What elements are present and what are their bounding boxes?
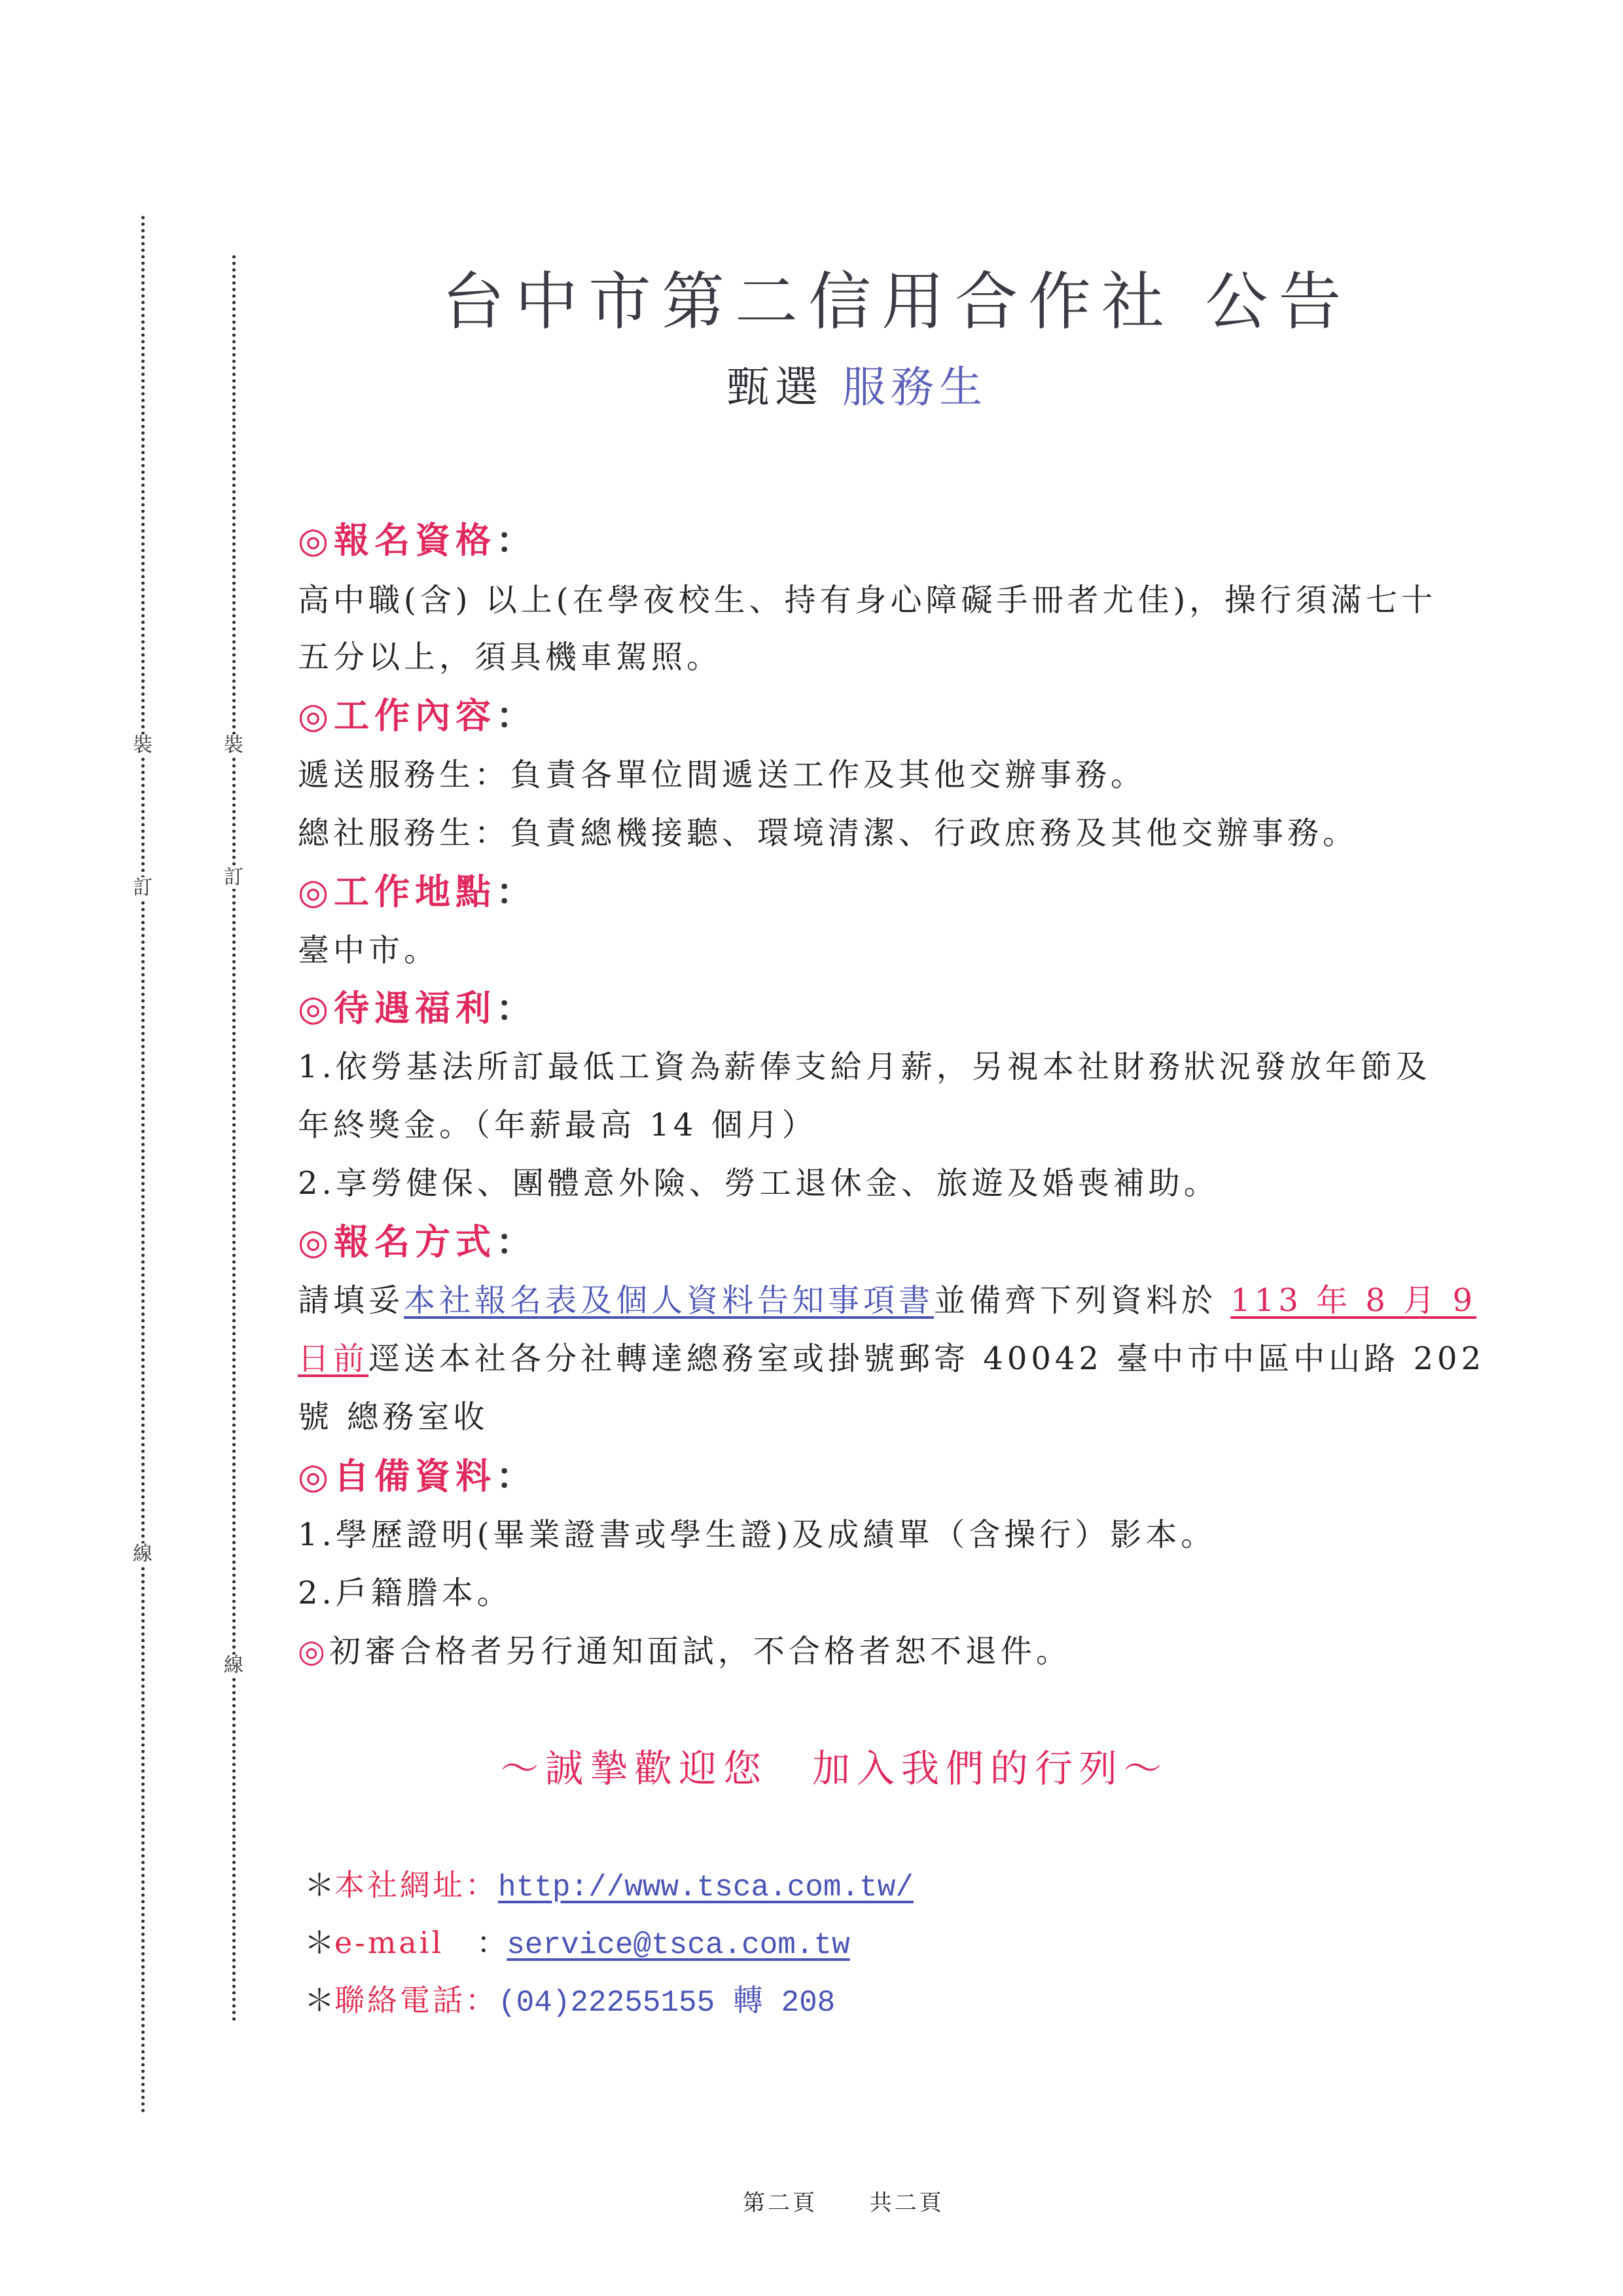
contact-label: e-mail: [334, 1925, 476, 1960]
benefits-line-1: 1.依勞基法所訂最低工資為薪俸支給月薪，另視本社財務狀況發放年節及: [298, 1046, 1431, 1088]
job-content-line-2: 總社服務生：負責總機接聽、環境清潔、行政庶務及其他交辦事務。: [298, 812, 1358, 854]
page-title: 台中市第二信用合作社 公告: [442, 252, 1352, 342]
welcome-slogan: ～誠摯歡迎您 加入我們的行列～: [501, 1738, 1168, 1793]
subtitle-prefix: 甄選: [726, 362, 823, 412]
benefits-line-3: 2.享勞健保、團體意外險、勞工退休金、旅遊及婚喪補助。: [298, 1162, 1219, 1204]
heading-label: ◎自備資料: [298, 1455, 496, 1497]
page-total: 共二頁: [870, 2190, 944, 2216]
asterisk-icon: ＊: [304, 1982, 334, 2018]
page-subtitle: 甄選 服務生: [726, 352, 988, 414]
documents-note: ◎初審合格者另行通知面試，不合格者恕不退件。: [298, 1630, 1071, 1672]
page-current: 第二頁: [743, 2190, 817, 2216]
email-link[interactable]: service@tsca.com.tw: [507, 1928, 850, 1962]
contact-email: ＊e-mail ：service@tsca.com.tw: [304, 1923, 850, 1965]
binding-char-ding-outer: 訂: [133, 877, 152, 899]
heading-colon: ：: [496, 987, 537, 1029]
section-heading-location: ◎工作地點：: [298, 869, 537, 914]
benefits-line-2: 年終獎金。（年薪最高 14 個月）: [298, 1104, 817, 1146]
heading-colon: ：: [496, 1455, 537, 1497]
heading-label: ◎待遇福利: [298, 987, 496, 1029]
documents-line-1: 1.學歷證明(畢業證書或學生證)及成績單（含操行）影本。: [298, 1514, 1216, 1556]
note-text: 初審合格者另行通知面試，不合格者恕不退件。: [329, 1633, 1071, 1670]
application-line-2: 日前逕送本社各分社轉達總務室或掛號郵寄 40042 臺中市中區中山路 202: [298, 1338, 1485, 1380]
location-line-1: 臺中市。: [298, 929, 439, 971]
binding-line-inner: [232, 255, 236, 2022]
contact-separator: ：: [476, 1925, 507, 1960]
heading-label: ◎工作內容: [298, 694, 496, 736]
application-line-1: 請填妥本社報名表及個人資料告知事項書並備齊下列資料於 113 年 8 月 9: [298, 1280, 1476, 1321]
section-heading-qualification: ◎報名資格：: [298, 517, 537, 563]
heading-label: ◎工作地點: [298, 870, 496, 912]
heading-colon: ：: [496, 694, 537, 736]
binding-char-zhuang-outer: 裝: [133, 734, 152, 757]
contact-website: ＊本社網址：http://www.tsca.com.tw/: [304, 1865, 914, 1907]
documents-line-2: 2.戶籍謄本。: [298, 1572, 512, 1614]
binding-char-ding-inner: 訂: [224, 867, 243, 889]
section-heading-job-content: ◎工作內容：: [298, 692, 537, 738]
qualification-line-1: 高中職(含) 以上(在學夜校生、持有身心障礙手冊者尤佳)，操行須滿七十: [298, 579, 1436, 621]
application-address: 逕送本社各分社轉達總務室或掛號郵寄 40042 臺中市中區中山路 202: [368, 1340, 1485, 1377]
binding-line-outer: [141, 216, 145, 2114]
job-content-line-1: 遞送服務生：負責各單位間遞送工作及其他交辦事務。: [298, 754, 1146, 796]
heading-label: ◎報名資格: [298, 519, 496, 561]
application-form-link[interactable]: 本社報名表及個人資料告知事項書: [404, 1282, 934, 1319]
deadline-date: 113 年 8 月 9: [1230, 1282, 1476, 1319]
asterisk-icon: ＊: [304, 1867, 334, 1903]
page-number: 第二頁 共二頁: [743, 2185, 944, 2217]
contact-phone: ＊聯絡電話：(04)22255155 轉 208: [304, 1981, 835, 2022]
asterisk-icon: ＊: [304, 1925, 334, 1960]
application-prefix: 請填妥: [298, 1282, 404, 1319]
website-link[interactable]: http://www.tsca.com.tw/: [498, 1871, 914, 1905]
binding-char-zhuang-inner: 裝: [224, 734, 243, 757]
heading-colon: ：: [496, 1221, 537, 1263]
deadline-date-suffix: 日前: [298, 1340, 368, 1377]
section-heading-benefits: ◎待遇福利：: [298, 985, 537, 1031]
application-line-3: 號 總務室收: [298, 1396, 488, 1438]
section-heading-documents: ◎自備資料：: [298, 1453, 537, 1499]
phone-number: (04)22255155 轉 208: [498, 1986, 835, 2020]
contact-separator: ：: [465, 1867, 498, 1903]
contact-separator: ：: [465, 1982, 498, 2018]
binding-char-xian-outer: 線: [133, 1543, 152, 1566]
contact-label: 聯絡電話: [334, 1982, 465, 2018]
note-mark-icon: ◎: [298, 1633, 329, 1670]
heading-colon: ：: [496, 519, 537, 561]
qualification-line-2: 五分以上，須具機車駕照。: [298, 636, 722, 678]
binding-char-xian-inner: 線: [224, 1655, 243, 1677]
subtitle-position: 服務生: [842, 362, 988, 412]
heading-label: ◎報名方式: [298, 1221, 496, 1263]
section-heading-application: ◎報名方式：: [298, 1219, 537, 1265]
application-middle: 並備齊下列資料於: [934, 1282, 1230, 1319]
heading-colon: ：: [496, 870, 537, 912]
contact-label: 本社網址: [334, 1867, 465, 1903]
